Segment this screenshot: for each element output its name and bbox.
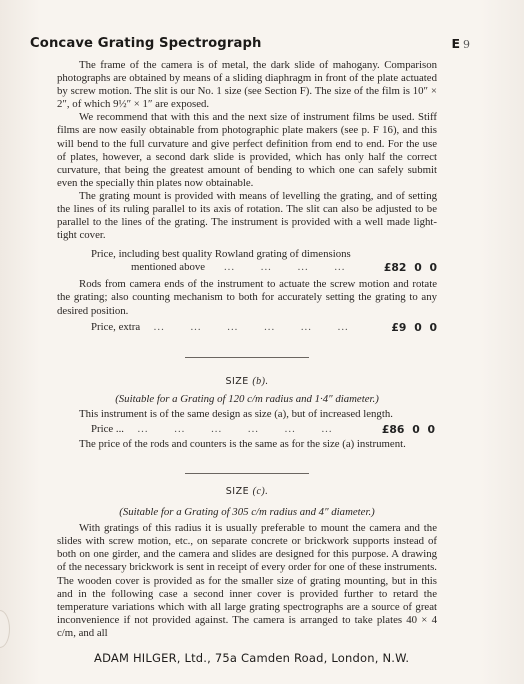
price-label-text: mentioned above [131, 261, 205, 273]
heading-letter: (b). [252, 376, 268, 387]
paragraph-grating-mount: The grating mount is provided with means… [57, 190, 437, 242]
section-letter: E [451, 36, 460, 51]
price-amount: £9 0 0 [391, 321, 437, 334]
price-line-1a: Price, including best quality Rowland gr… [57, 248, 437, 261]
page-title: Concave Grating Spectrograph [30, 36, 261, 51]
size-c-heading: SIZE (c). [57, 485, 437, 498]
price-amount: £86 0 0 [382, 423, 435, 436]
binding-hole [0, 610, 10, 648]
paragraph-camera-frame: The frame of the camera is of metal, the… [57, 59, 437, 111]
page-header: Concave Grating Spectrograph E9 [30, 36, 470, 56]
size-b-heading: SIZE (b). [57, 375, 437, 388]
price-label-extra: Price, extra ... ... ... ... ... ... [91, 321, 349, 334]
page-num: 9 [463, 38, 470, 51]
price-line-2: Price, extra ... ... ... ... ... ... £9 … [57, 321, 437, 334]
page-number: E9 [451, 36, 470, 51]
size-b-description: This instrument is of the same design as… [57, 408, 437, 421]
price-label-cont: mentioned above ... ... ... ... [131, 261, 345, 274]
leader-dots: ... ... ... ... ... ... [137, 423, 332, 435]
size-b-note: (Suitable for a Grating of 120 c/m radiu… [57, 393, 437, 406]
heading-text: SIZE [225, 376, 248, 387]
paragraph-films: We recommend that with this and the next… [57, 111, 437, 190]
price-label-text: Price ... [91, 423, 124, 435]
size-b-price-line: Price ... ... ... ... ... ... ... £86 0 … [57, 423, 437, 436]
size-c-paragraph: With gratings of this radius it is usual… [57, 522, 437, 640]
heading-text: SIZE [226, 486, 249, 497]
price-line-1b: mentioned above ... ... ... ... £82 0 0 [57, 261, 437, 274]
price-amount: £82 0 0 [384, 261, 437, 274]
price-label-text: Price, extra [91, 321, 140, 333]
publisher-imprint: ADAM HILGER, Ltd., 75a Camden Road, Lond… [94, 651, 409, 665]
price-label-b: Price ... ... ... ... ... ... ... [91, 423, 333, 436]
heading-letter: (c). [253, 486, 269, 497]
leader-dots: ... ... ... ... [224, 261, 346, 273]
price-label: Price, including best quality Rowland gr… [91, 248, 351, 261]
size-c-note: (Suitable for a Grating of 305 c/m radiu… [57, 506, 437, 519]
size-b-rods-note: The price of the rods and counters is th… [57, 438, 437, 451]
catalogue-page: Concave Grating Spectrograph E9 The fram… [0, 0, 524, 684]
leader-dots: ... ... ... ... ... ... [154, 321, 349, 333]
paragraph-rods: Rods from camera ends of the instrument … [57, 278, 437, 317]
page-body: The frame of the camera is of metal, the… [57, 59, 437, 640]
